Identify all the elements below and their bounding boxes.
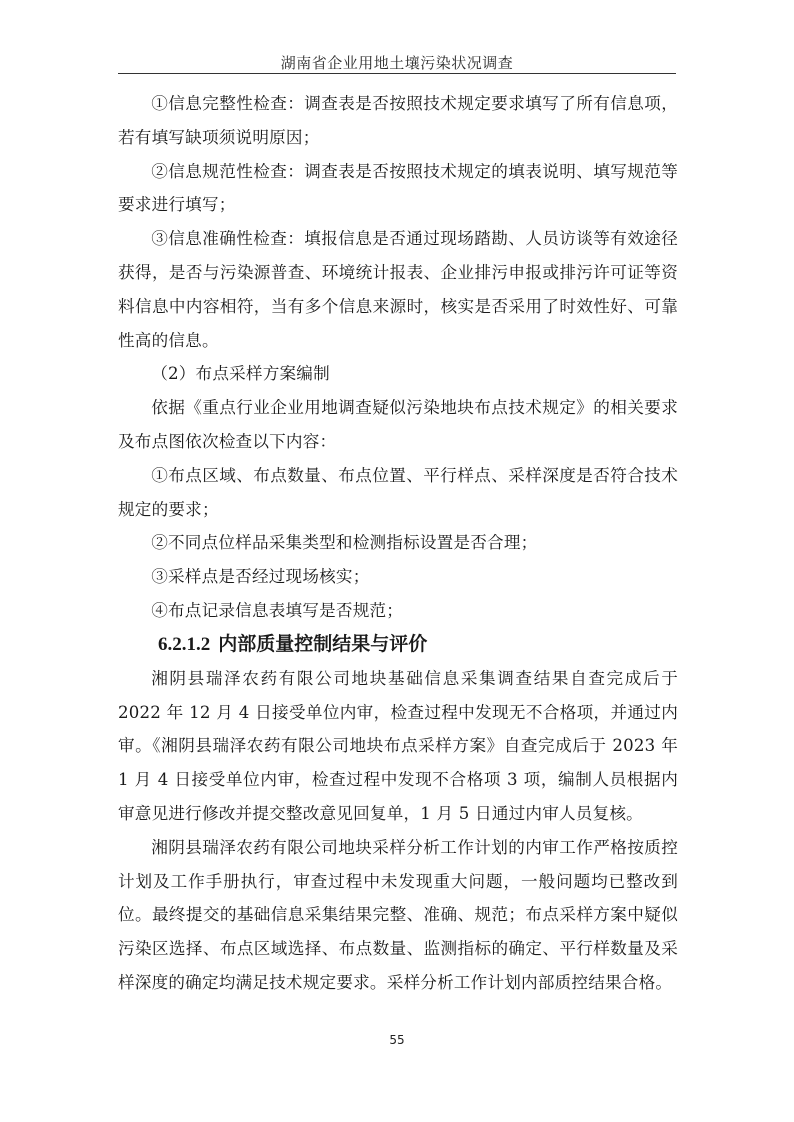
list-item-area-check: ①布点区域、布点数量、布点位置、平行样点、采样深度是否符合技术规定的要求； bbox=[118, 459, 678, 527]
page-body: ①信息完整性检查：调查表是否按照技术规定要求填写了所有信息项，若有填写缺项须说明… bbox=[118, 87, 678, 1000]
list-item-site-verification: ③采样点是否经过现场核实； bbox=[118, 560, 678, 594]
paragraph-standardization-check: ②信息规范性检查：调查表是否按照技术规定的填表说明、填写规范等要求进行填写； bbox=[118, 155, 678, 223]
page-number: 55 bbox=[0, 1033, 794, 1047]
section-heading: 6.2.1.2内部质量控制结果与评价 bbox=[118, 628, 678, 662]
paragraph-sampling-basis: 依据《重点行业企业用地调查疑似污染地块布点技术规定》的相关要求及布点图依次检查以… bbox=[118, 391, 678, 459]
list-item-record-check: ④布点记录信息表填写是否规范； bbox=[118, 594, 678, 628]
list-item-sample-type-check: ②不同点位样品采集类型和检测指标设置是否合理； bbox=[118, 526, 678, 560]
subsection-sampling-plan: （2）布点采样方案编制 bbox=[118, 357, 678, 391]
paragraph-internal-audit-results: 湘阴县瑞泽农药有限公司地块基础信息采集调查结果自查完成后于 2022 年 12 … bbox=[118, 662, 678, 831]
section-title: 内部质量控制结果与评价 bbox=[218, 634, 427, 655]
paragraph-quality-conclusion: 湘阴县瑞泽农药有限公司地块采样分析工作计划的内审工作严格按质控计划及工作手册执行… bbox=[118, 831, 678, 1000]
paragraph-accuracy-check: ③信息准确性检查：填报信息是否通过现场踏勘、人员访谈等有效途径获得，是否与污染源… bbox=[118, 222, 678, 357]
paragraph-completeness-check: ①信息完整性检查：调查表是否按照技术规定要求填写了所有信息项，若有填写缺项须说明… bbox=[118, 87, 678, 155]
running-header-title: 湖南省企业用地土壤污染状况调查 bbox=[118, 52, 676, 73]
header-divider bbox=[118, 73, 676, 74]
section-number: 6.2.1.2 bbox=[158, 634, 210, 655]
